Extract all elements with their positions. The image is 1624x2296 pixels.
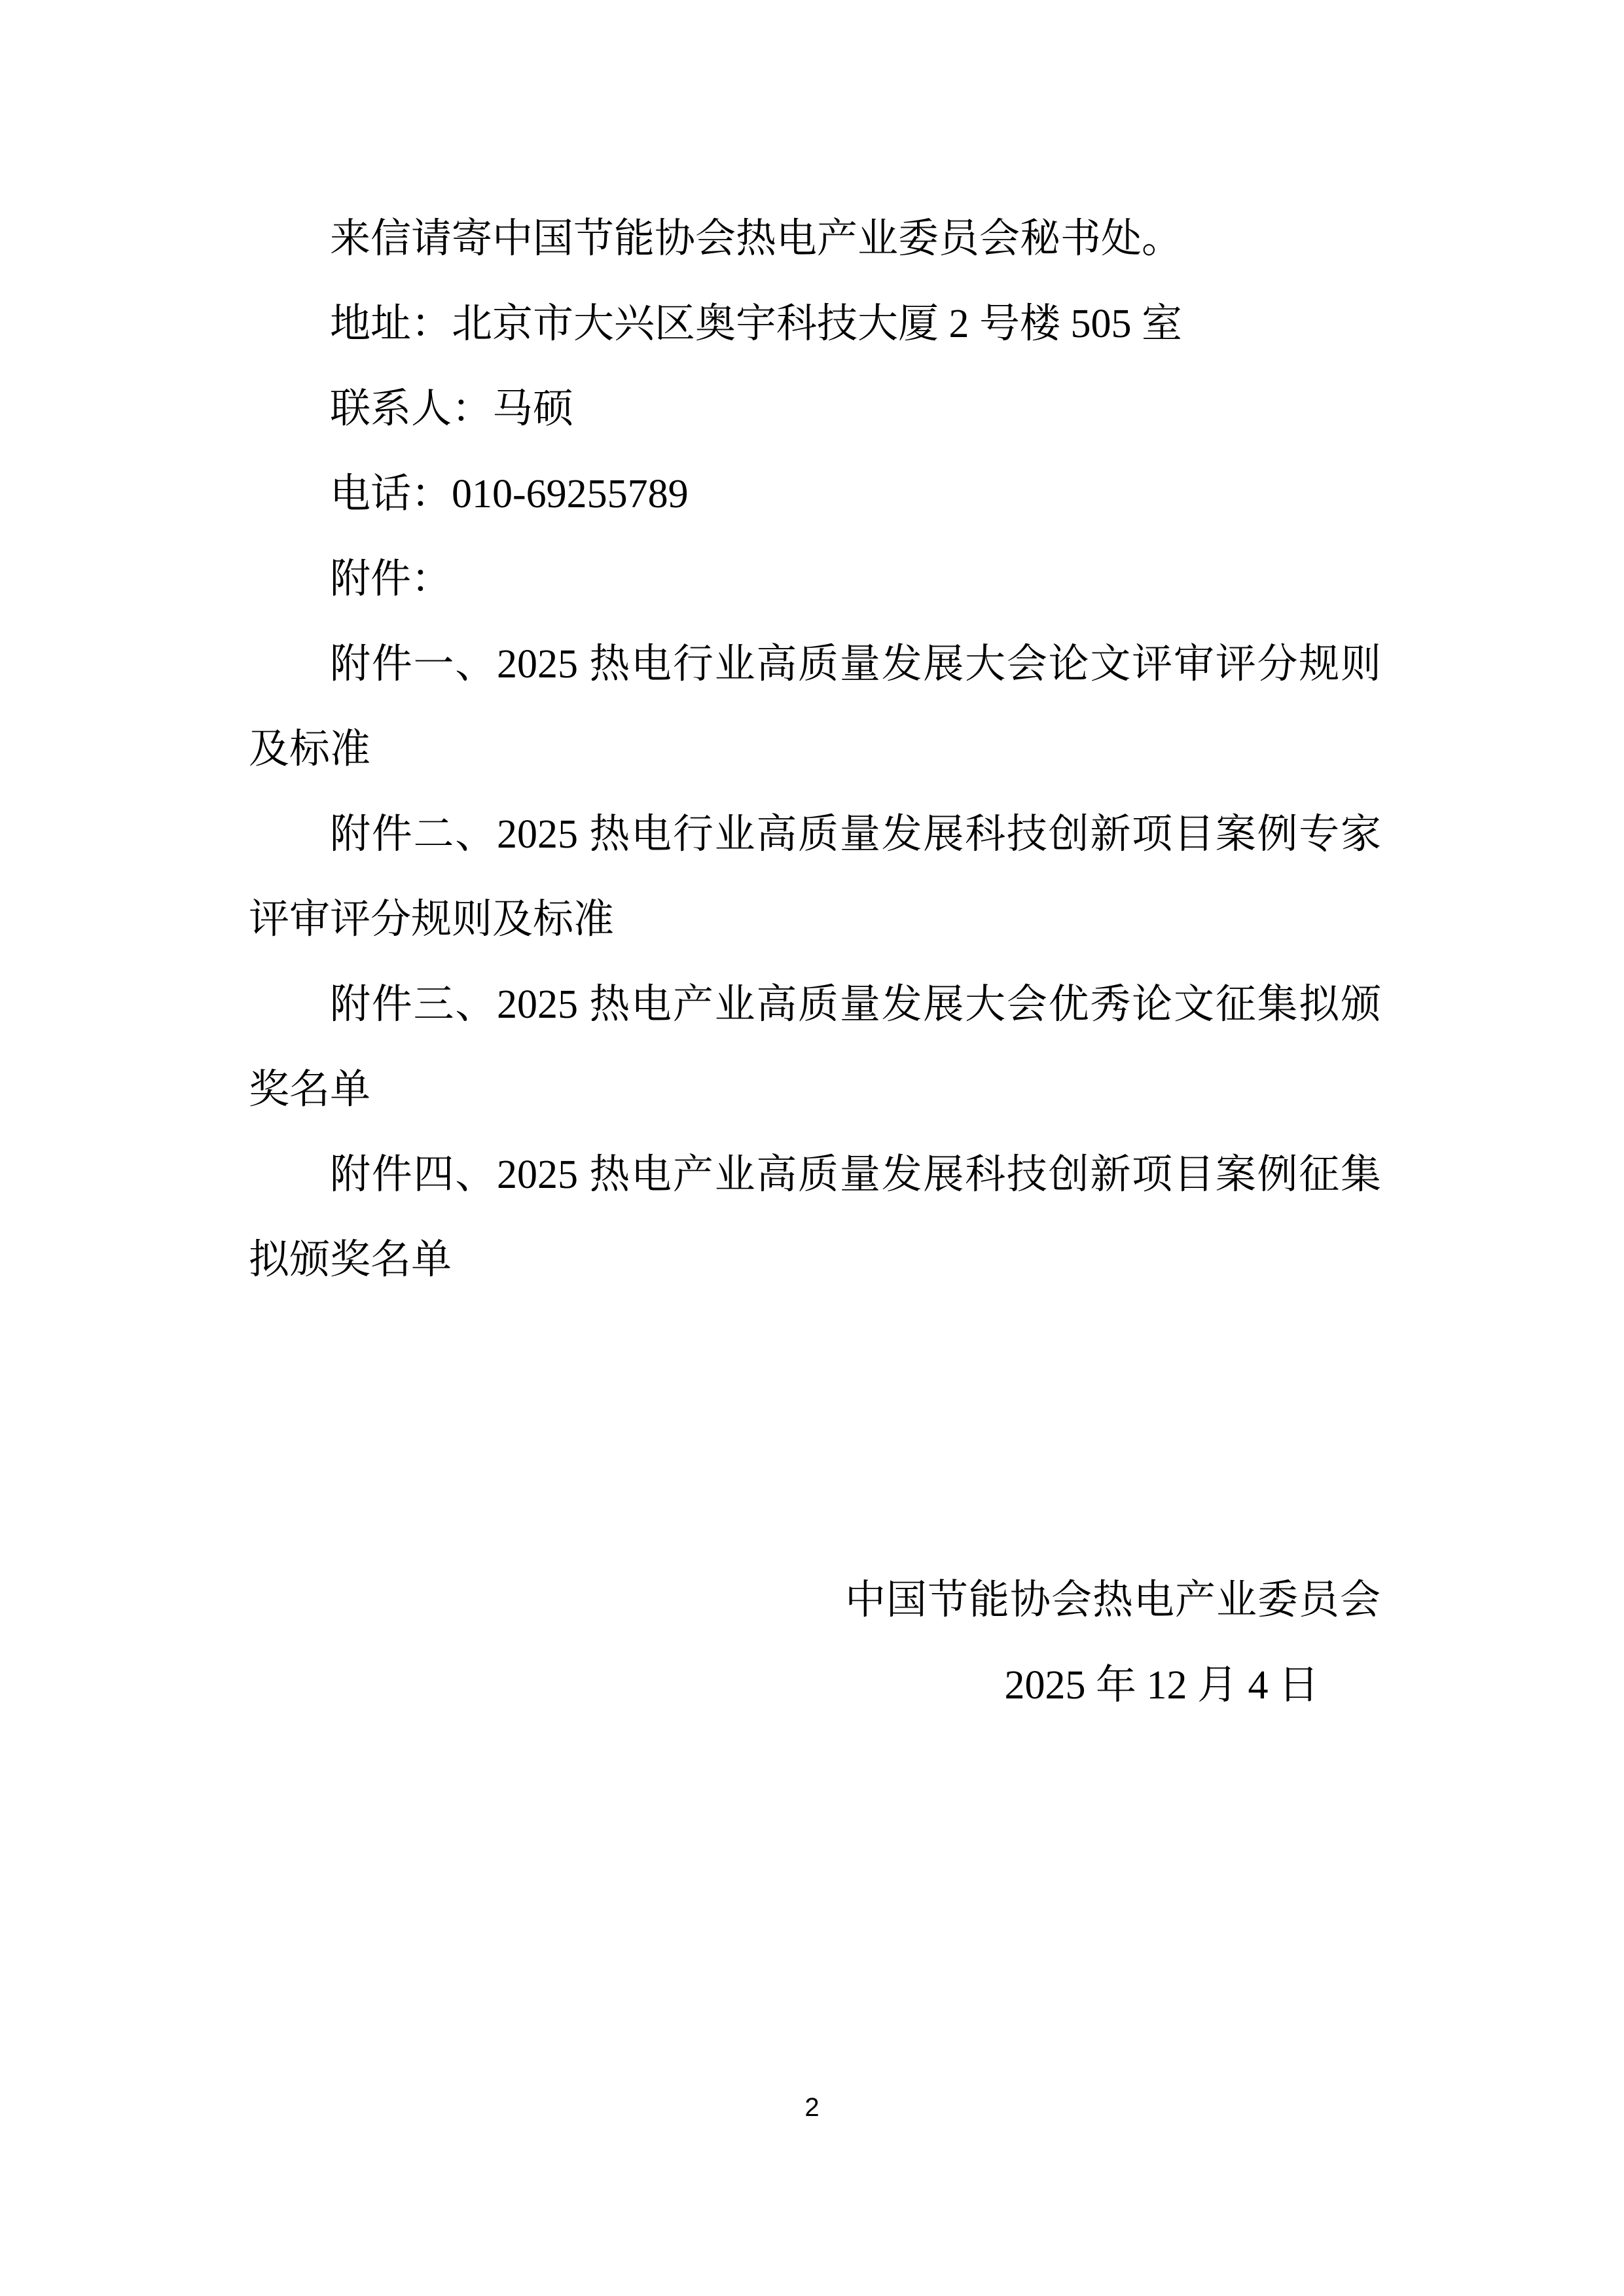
- attachment-4-line-2: 拟颁奖名单: [249, 1217, 1381, 1302]
- document-body: 来信请寄中国节能协会热电产业委员会秘书处。 地址：北京市大兴区奥宇科技大厦 2 …: [249, 196, 1381, 1728]
- attachment-2-line-2: 评审评分规则及标准: [249, 877, 1381, 962]
- page-number: 2: [0, 2092, 1624, 2123]
- attachments-heading: 附件：: [249, 537, 1381, 622]
- signature-organization: 中国节能协会热电产业委员会: [249, 1558, 1381, 1643]
- attachment-1-line-1: 附件一、2025 热电行业高质量发展大会论文评审评分规则: [249, 622, 1381, 707]
- address-line: 地址：北京市大兴区奥宇科技大厦 2 号楼 505 室: [249, 281, 1381, 367]
- phone-line: 电话：010-69255789: [249, 452, 1381, 537]
- attachment-4-line-1: 附件四、2025 热电产业高质量发展科技创新项目案例征集: [249, 1132, 1381, 1217]
- attachment-1-line-2: 及标准: [249, 707, 1381, 792]
- signature-block: 中国节能协会热电产业委员会 2025 年 12 月 4 日: [249, 1558, 1381, 1728]
- signature-date: 2025 年 12 月 4 日: [249, 1643, 1381, 1728]
- attachment-2-line-1: 附件二、2025 热电行业高质量发展科技创新项目案例专家: [249, 792, 1381, 877]
- attachment-3-line-2: 奖名单: [249, 1047, 1381, 1132]
- attachment-3-line-1: 附件三、2025 热电产业高质量发展大会优秀论文征集拟颁: [249, 962, 1381, 1047]
- contact-person-line: 联系人：马硕: [249, 367, 1381, 452]
- contact-intro-line: 来信请寄中国节能协会热电产业委员会秘书处。: [249, 196, 1381, 281]
- document-page: 来信请寄中国节能协会热电产业委员会秘书处。 地址：北京市大兴区奥宇科技大厦 2 …: [0, 0, 1624, 2296]
